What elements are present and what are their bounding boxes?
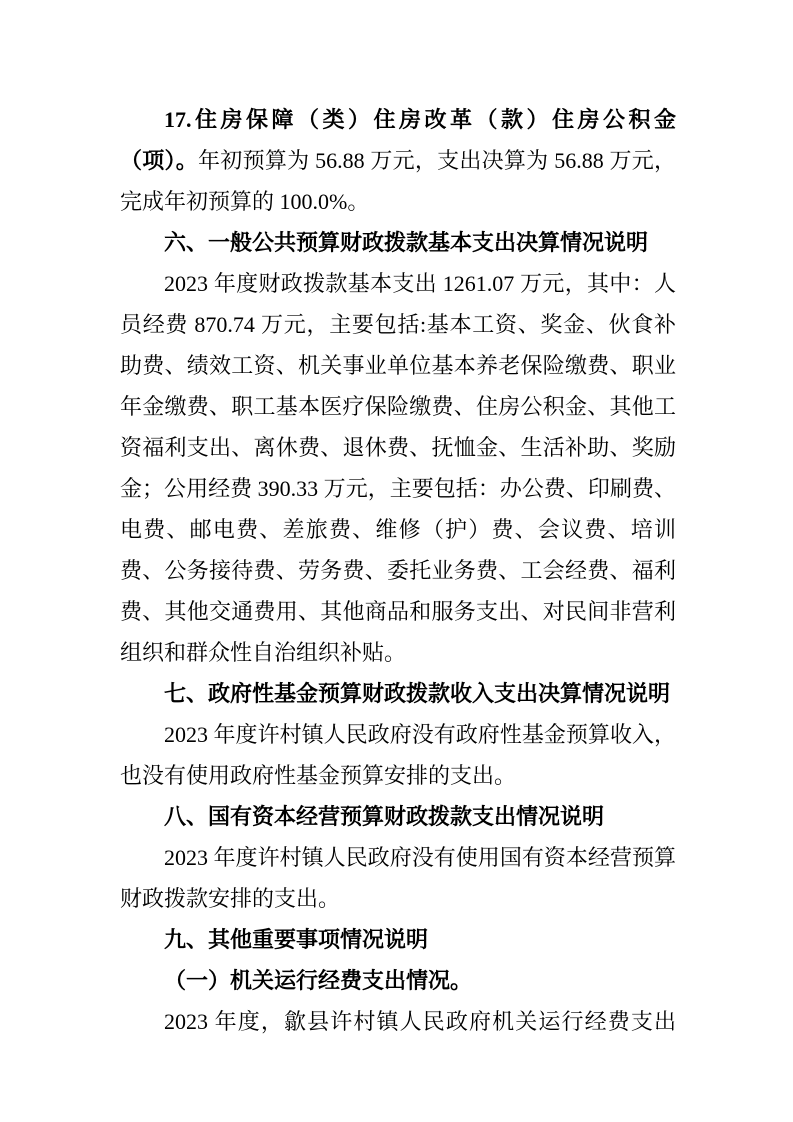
section-9-title: 九、其他重要事项情况说明 — [120, 919, 676, 960]
section-8-body: 2023 年度许村镇人民政府没有使用国有资本经营预算财政拨款安排的支出。 — [120, 837, 676, 919]
paragraph-housing-item-17: 17.住房保障（类）住房改革（款）住房公积金（项）。年初预算为 56.88 万元… — [120, 99, 676, 222]
section-7-title: 七、政府性基金预算财政拨款收入支出决算情况说明 — [120, 673, 676, 714]
section-6-title: 六、一般公共预算财政拨款基本支出决算情况说明 — [120, 222, 676, 263]
section-8-title: 八、国有资本经营预算财政拨款支出情况说明 — [120, 796, 676, 837]
section-6-body: 2023 年度财政拨款基本支出 1261.07 万元，其中：人员经费 870.7… — [120, 263, 676, 673]
section-9-sub-1-body: 2023 年度，歙县许村镇人民政府机关运行经费支出 — [120, 1001, 676, 1042]
section-7-body: 2023 年度许村镇人民政府没有政府性基金预算收入，也没有使用政府性基金预算安排… — [120, 714, 676, 796]
item-17-body: 年初预算为 56.88 万元，支出决算为 56.88 万元，完成年初预算的 10… — [120, 148, 676, 214]
section-9-sub-1-title: （一）机关运行经费支出情况。 — [120, 960, 676, 1001]
document-page: 17.住房保障（类）住房改革（款）住房公积金（项）。年初预算为 56.88 万元… — [0, 0, 793, 1122]
